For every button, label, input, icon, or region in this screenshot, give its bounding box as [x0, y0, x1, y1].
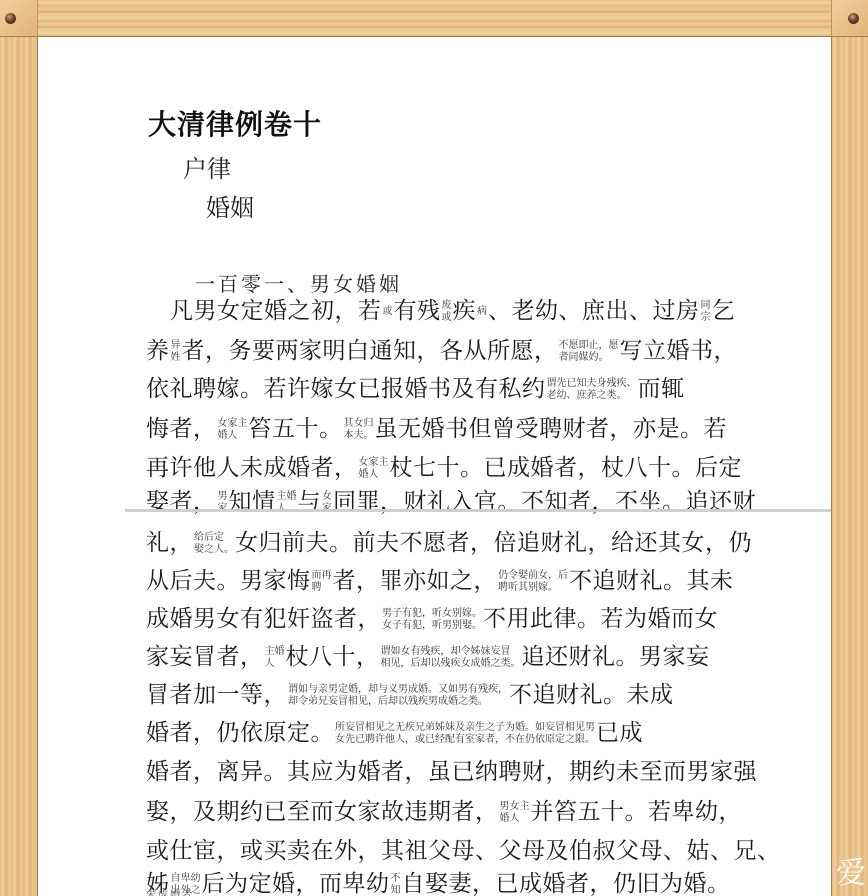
text-line: 婚者，仍依原定。所妄冒相见之无疾兄弟姊妹及亲生之子为婚。如妄冒相见男女先已聘许他…: [146, 718, 780, 748]
section-heading: 户律: [183, 149, 231, 184]
watermark-text: 爱: [836, 848, 866, 892]
text-line: 姊自卑幼出外之后为定婚，而卑幼不知自娶妻，已成婚者，仍旧为婚。: [146, 869, 780, 896]
annotation: 同宗: [701, 300, 711, 324]
text-line: 家妄冒者，主婚人杖八十，谓如女有残疾，却令姊妹妄冒相见，后却以残疾女成婚之类。追…: [146, 642, 780, 672]
annotation: 仍令娶前女，后聘听其别嫁。: [498, 570, 568, 594]
frame-left: [0, 0, 38, 896]
annotation: 男女主婚人: [500, 801, 530, 825]
page-title: 大清律例卷十: [148, 103, 322, 143]
cutoff-line: 未成婚者……: [146, 886, 218, 896]
text-line: 再许他人未成婚者，女家主婚人杖七十。已成婚者，杖八十。后定: [146, 453, 780, 483]
text-line: 从后夫。男家悔而再聘者，罪亦如之，仍令娶前女，后聘听其别嫁。不追财礼。其未: [146, 566, 780, 596]
annotation: 女家主婚人: [218, 418, 248, 442]
text-line: 娶，及期约已至而女家故违期者，男女主婚人并笞五十。若卑幼，: [146, 797, 780, 827]
text-line: 依礼聘嫁。若许嫁女已报婚书及有私约谓先已知夫身残疾、老幼、庶养之类。而辄: [146, 374, 780, 404]
article-heading: 一百零一、男女婚姻: [195, 268, 402, 297]
annotation: 男子有犯，听女别嫁。女子有犯，听男别娶。: [382, 608, 482, 632]
frame-top: [0, 0, 868, 37]
frame-right: [831, 0, 868, 896]
text-line: 成婚男女有犯奸盗者，男子有犯，听女别嫁。女子有犯，听男别娶。不用此律。若为婚而女: [146, 604, 780, 634]
scan-seam-divider: [125, 509, 831, 512]
nail-icon: [5, 13, 16, 24]
text-line: 凡男女定婚之初，若或有残废或疾病、老幼、庶出、过房同宗乞: [170, 296, 804, 326]
text-line: 婚者，离异。其应为婚者，虽已纳聘财，期约未至而男家强: [146, 757, 780, 787]
annotation: 所妄冒相见之无疾兄弟姊妹及亲生之子为婚。如妄冒相见男女先已聘许他人，或已经配有室…: [335, 722, 595, 746]
annotation: 废或: [442, 300, 452, 324]
annotation: 女家主婚人: [359, 457, 389, 481]
annotation: 不知: [391, 873, 401, 896]
annotation: 主婚人: [265, 646, 285, 670]
text-line: 养异姓者，务要两家明白通知，各从所愿，不愿即止，愿者同媒妁。写立婚书，: [146, 336, 780, 366]
annotation: 病: [477, 306, 487, 318]
annotation: 异姓: [171, 340, 181, 364]
text-line: 冒者加一等，谓如与亲男定婚，却与义男成婚。又如男有残疾，却令弟兄妄冒相见，后却以…: [146, 680, 780, 710]
annotation: 谓如女有残疾，却令姊妹妄冒相见，后却以残疾女成婚之类。: [381, 646, 521, 670]
annotation: 谓如与亲男定婚，却与义男成婚。又如男有残疾，却令弟兄妄冒相见，后却以残疾男成婚之…: [288, 684, 508, 708]
text-line: 娶者，男家知情主婚人与女家同罪，财礼入官。不知者，不坐。追还财: [146, 487, 780, 517]
text-line: 或仕宦，或买卖在外，其祖父母、父母及伯叔父母、姑、兄、: [146, 836, 780, 866]
annotation: 给后定娶之人。: [194, 532, 234, 556]
annotation: 而再聘: [312, 570, 332, 594]
text-line: 悔者，女家主婚人笞五十。其女归本夫。虽无婚书但曾受聘财者，亦是。若: [146, 414, 780, 444]
annotation: 或: [383, 306, 393, 318]
annotation: 不愿即止，愿者同媒妁。: [559, 340, 619, 364]
annotation: 其女归本夫。: [344, 418, 374, 442]
text-line: 礼，给后定娶之人。女归前夫。前夫不愿者，倍追财礼，给还其女，仍: [146, 528, 780, 558]
annotation: 谓先已知夫身残疾、老幼、庶养之类。: [547, 378, 637, 402]
subsection-heading: 婚姻: [206, 188, 254, 223]
nail-icon: [848, 13, 859, 24]
